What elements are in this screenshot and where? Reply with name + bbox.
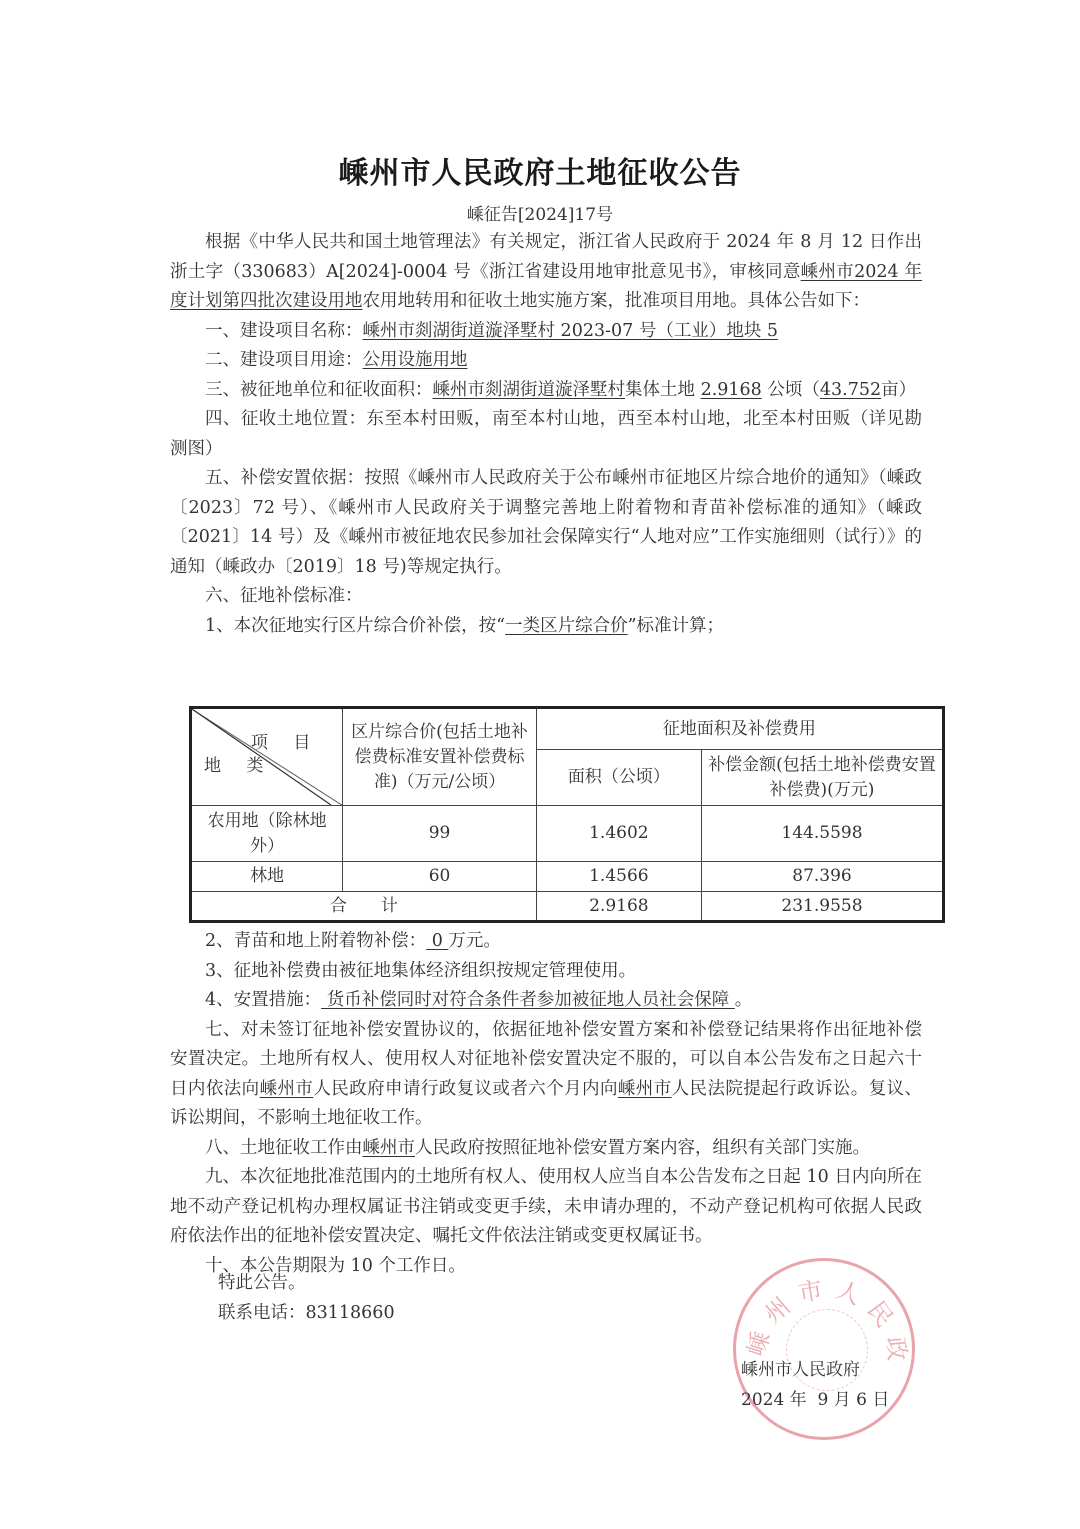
item-appeal-rights: 七、对未签订征地补偿安置协议的，依据征地补偿安置方案和补偿登记结果将作出征地补偿… (170, 1016, 922, 1134)
intro-paragraph: 根据《中华人民共和国土地管理法》有关规定，浙江省人民政府于 2024 年 8 月… (170, 228, 922, 317)
header-amount: 补偿金额(包括土地补偿费安置补偿费)(万元) (701, 750, 943, 806)
document-title: 嵊州市人民政府土地征收公告 (0, 148, 1080, 192)
item-certificate-cancellation: 九、本次征地批准范围内的土地所有权人、使用权人应当自本公告发布之日起 10 日内… (170, 1163, 922, 1252)
document-page: 嵊州市人民政府土地征收公告 嵊征告[2024]17号 根据《中华人民共和国土地管… (0, 0, 1080, 1529)
sub-item-2: 2、青苗和地上附着物补偿： 0 万元。 (170, 927, 922, 957)
document-body: 根据《中华人民共和国土地管理法》有关规定，浙江省人民政府于 2024 年 8 月… (170, 228, 922, 641)
table-total-row: 合 计 2.9168 231.9558 (191, 892, 944, 922)
compensation-table: 项 目 地 类 区片综合价(包括土地补偿费标准安置补偿费标准)（万元/公顷） 征… (189, 706, 945, 923)
item-project-use: 二、建设项目用途：公用设施用地 (170, 346, 922, 376)
item-compensation-basis: 五、补偿安置依据：按照《嵊州市人民政府关于公布嵊州市征地区片综合地价的通知》（嵊… (170, 464, 922, 582)
header-area-and-fee: 征地面积及补偿费用 (536, 708, 943, 750)
contact-phone: 联系电话：83118660 (218, 1299, 395, 1329)
closing-block: 特此公告。 联系电话：83118660 (218, 1269, 395, 1328)
table-row: 农用地（除林地外） 99 1.4602 144.5598 (191, 806, 944, 862)
sub-item-3: 3、征地补偿费由被征地集体经济组织按规定管理使用。 (170, 957, 922, 987)
issue-date: 2024 年 9 月 6 日 (741, 1385, 889, 1415)
sub-item-4: 4、安置措施： 货币补偿同时对符合条件者参加被征地人员社会保障 。 (170, 986, 922, 1016)
item-project-name: 一、建设项目名称：嵊州市剡湖街道漩泽墅村 2023-07 号（工业）地块 5 (170, 317, 922, 347)
document-body-continued: 2、青苗和地上附着物补偿： 0 万元。 3、征地补偿费由被征地集体经济组织按规定… (170, 927, 922, 1281)
header-zone-price: 区片综合价(包括土地补偿费标准安置补偿费标准)（万元/公顷） (343, 708, 536, 806)
sub-item-1: 1、本次征地实行区片综合价补偿，按“一类区片综合价”标准计算； (170, 612, 922, 642)
issuer-block: 嵊州市人民政府 2024 年 9 月 6 日 (741, 1355, 889, 1415)
item-land-location: 四、征收土地位置：东至本村田贩，南至本村山地，西至本村山地，北至本村田贩（详见勘… (170, 405, 922, 464)
closing-statement: 特此公告。 (218, 1269, 395, 1299)
compensation-table-wrap: 项 目 地 类 区片综合价(包括土地补偿费标准安置补偿费标准)（万元/公顷） 征… (189, 706, 945, 923)
table-row: 林地 60 1.4566 87.396 (191, 862, 944, 892)
item-compensation-standard: 六、征地补偿标准： (170, 582, 922, 612)
item-implementation: 八、土地征收工作由嵊州市人民政府按照征地补偿安置方案内容，组织有关部门实施。 (170, 1134, 922, 1164)
table-corner-cell: 项 目 地 类 (191, 708, 343, 806)
item-expropriated-area: 三、被征地单位和征收面积：嵊州市剡湖街道漩泽墅村集体土地 2.9168 公顷（4… (170, 376, 922, 406)
issuer-name: 嵊州市人民政府 (741, 1355, 889, 1385)
document-number: 嵊征告[2024]17号 (0, 200, 1080, 225)
header-area: 面积（公顷） (536, 750, 701, 806)
seal-text-arc: 嵊州市人民政府 (736, 1261, 918, 1443)
